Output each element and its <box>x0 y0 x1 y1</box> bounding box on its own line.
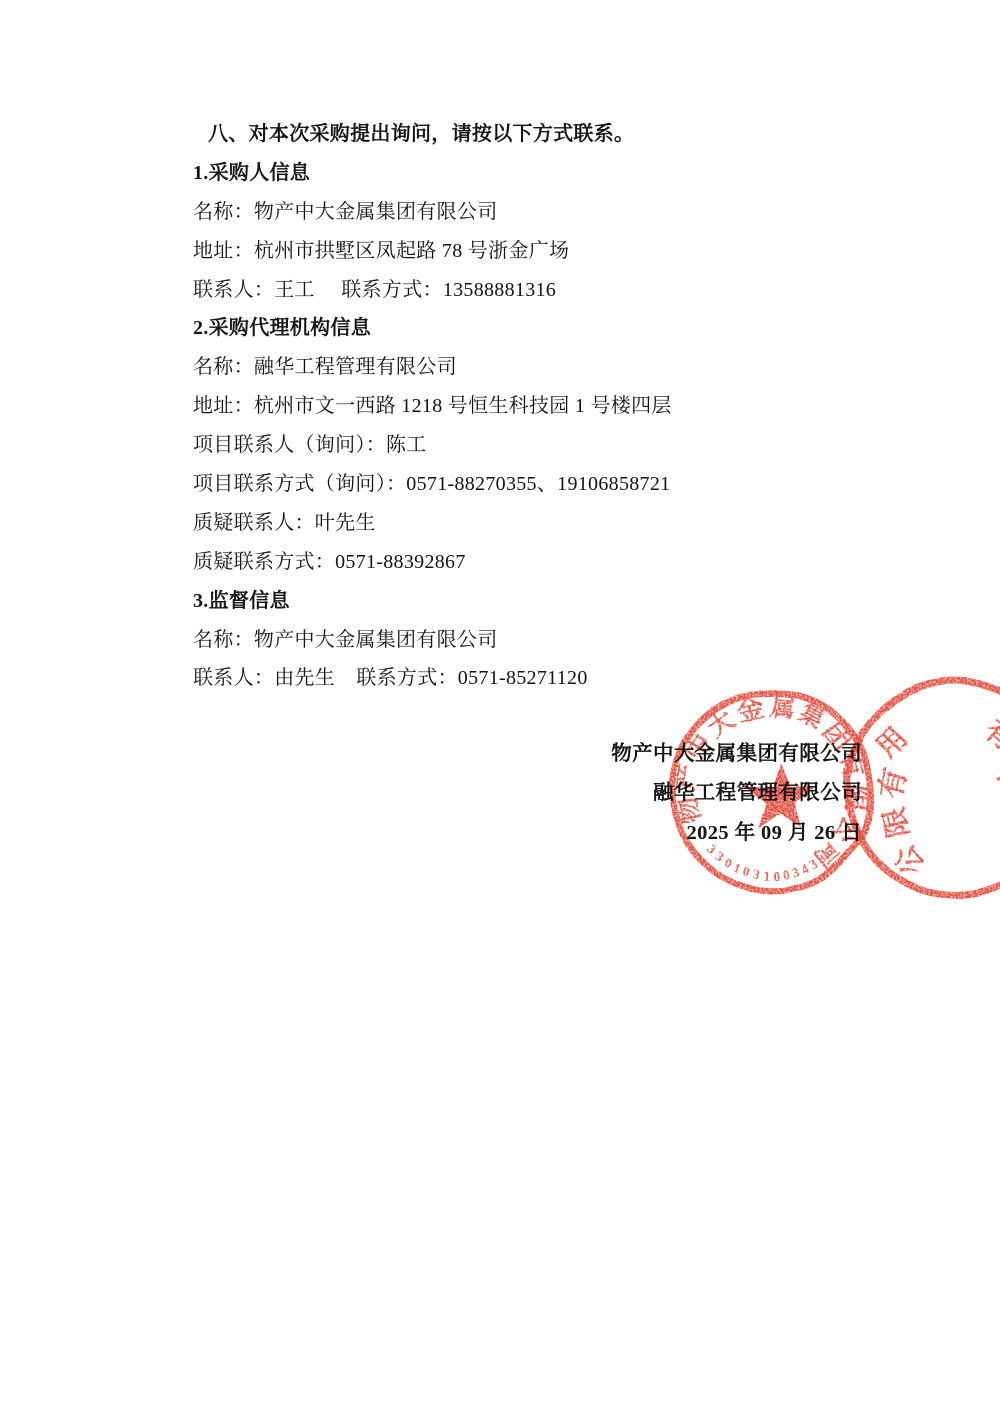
agency-seal-ring <box>848 681 1000 895</box>
buyer-contact-line: 联系人：王工 联系方式：13588881316 <box>193 268 923 307</box>
signature-date: 2025 年 09 月 26 日 <box>611 810 862 850</box>
agency-seal-partial: 用 有 限 公 有 限 <box>848 681 1000 895</box>
agency-address-line: 地址：杭州市文一西路 1218 号恒生科技园 1 号楼四层 <box>193 384 923 423</box>
document-body: 八、对本次采购提出询问，请按以下方式联系。 1.采购人信息 名称：物产中大金属集… <box>193 112 923 695</box>
section-3-title: 3.监督信息 <box>193 579 923 618</box>
agency-seal-char-clipped: 有 <box>977 713 1000 757</box>
agency-name-line: 名称：融华工程管理有限公司 <box>193 345 923 384</box>
supervisor-contact-line: 联系人：由先生 联系方式：0571-85271120 <box>193 656 923 695</box>
agency-seal-char: 限 <box>877 804 915 838</box>
agency-seal-char-clipped: 限 <box>992 767 1000 806</box>
buyer-name-line: 名称：物产中大金属集团有限公司 <box>193 190 923 229</box>
agency-seal-char: 公 <box>888 838 931 880</box>
signature-buyer-name: 物产中大金属集团有限公司 <box>611 731 862 771</box>
agency-seal-char: 有 <box>874 766 913 802</box>
section-1-title: 1.采购人信息 <box>193 151 923 190</box>
signature-block: 物产中大金属集团有限公司 融华工程管理有限公司 2025 年 09 月 26 日 <box>611 731 862 850</box>
supervisor-name-line: 名称：物产中大金属集团有限公司 <box>193 618 923 657</box>
challenge-phone-line: 质疑联系方式：0571-88392867 <box>193 540 923 579</box>
signature-agency-name: 融华工程管理有限公司 <box>611 771 862 811</box>
challenge-contact-line: 质疑联系人：叶先生 <box>193 501 923 540</box>
project-phone-line: 项目联系方式（询问）：0571-88270355、19106858721 <box>193 462 923 501</box>
project-contact-line: 项目联系人（询问）：陈工 <box>193 423 923 462</box>
section-heading: 八、对本次采购提出询问，请按以下方式联系。 <box>193 112 923 151</box>
buyer-address-line: 地址：杭州市拱墅区凤起路 78 号浙金广场 <box>193 229 923 268</box>
agency-seal-char: 用 <box>870 721 914 765</box>
section-2-title: 2.采购代理机构信息 <box>193 306 923 345</box>
